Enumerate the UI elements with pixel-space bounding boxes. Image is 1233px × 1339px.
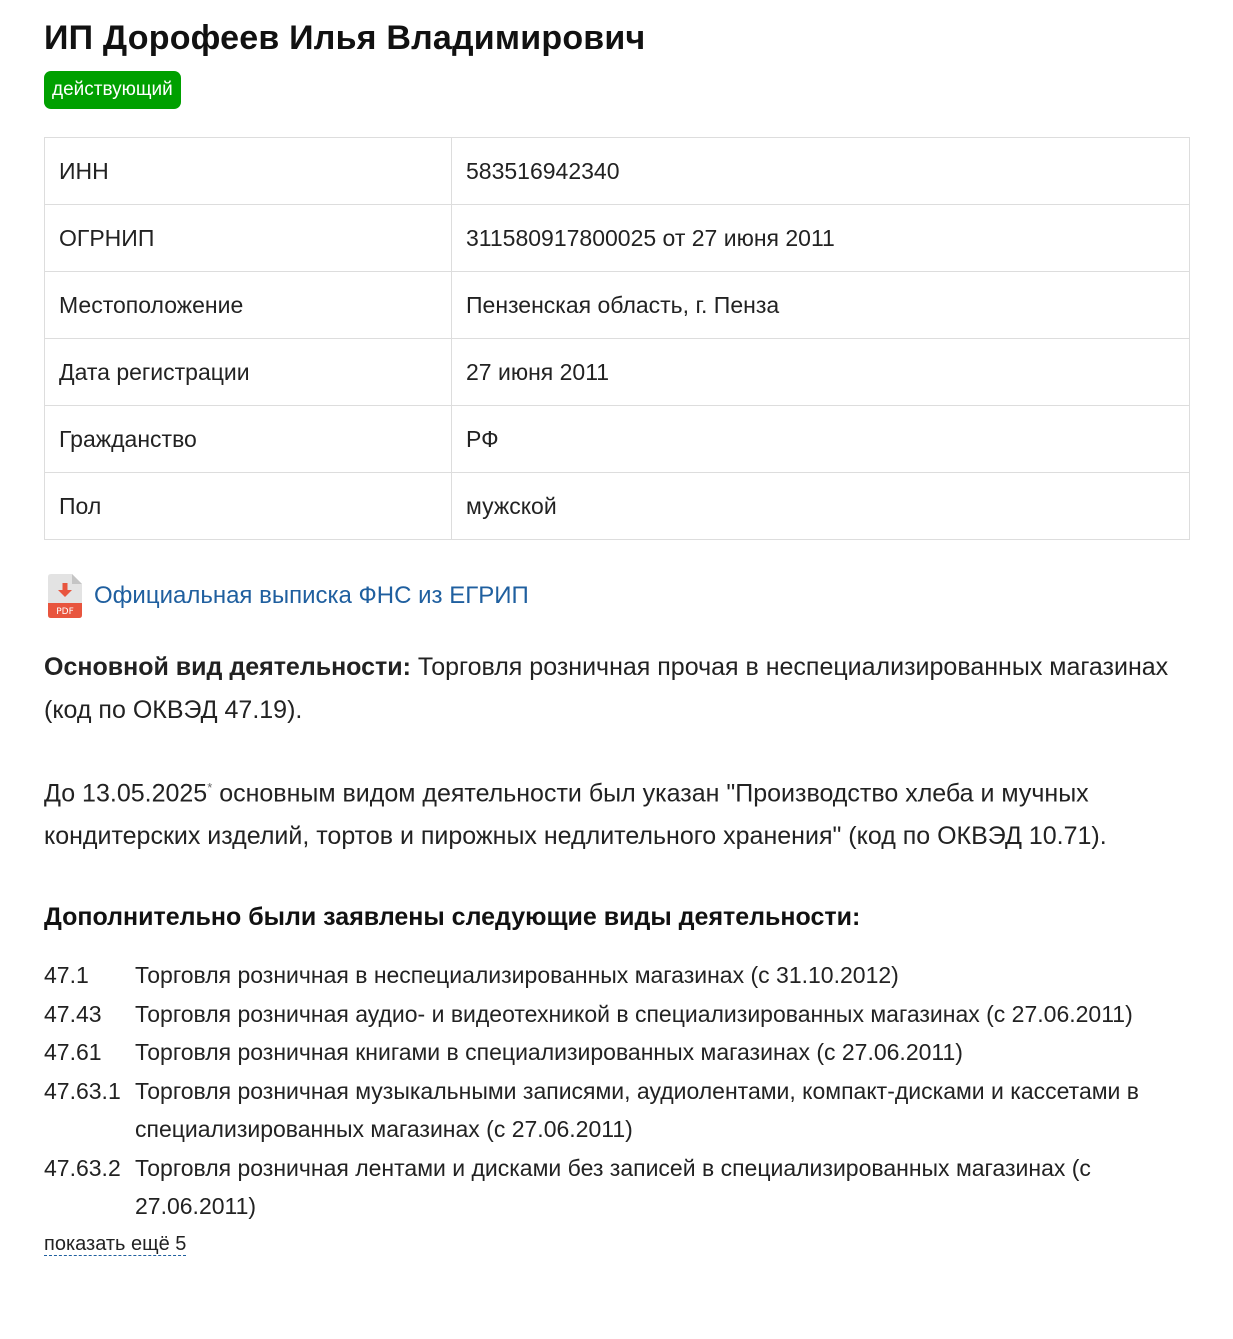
activity-item: 47.43Торговля розничная аудио- и видеоте… [44, 995, 1190, 1034]
activity-description: Торговля розничная в неспециализированны… [135, 956, 1190, 995]
svg-text:PDF: PDF [56, 607, 74, 617]
activity-code: 47.43 [44, 995, 135, 1034]
info-row: МестоположениеПензенская область, г. Пен… [45, 272, 1190, 339]
activity-code: 47.63.1 [44, 1072, 135, 1149]
page: ИП Дорофеев Илья Владимирович действующи… [0, 0, 1233, 1256]
info-value: 583516942340 [452, 138, 1190, 205]
activity-item: 47.63.1Торговля розничная музыкальными з… [44, 1072, 1190, 1149]
show-more-link[interactable]: показать ещё 5 [44, 1233, 186, 1256]
activity-description: Торговля розничная музыкальными записями… [135, 1072, 1190, 1149]
egrip-extract-link-text[interactable]: Официальная выписка ФНС из ЕГРИП [94, 582, 529, 610]
activity-code: 47.61 [44, 1033, 135, 1072]
info-value: РФ [452, 406, 1190, 473]
pdf-download-icon: PDF [48, 574, 82, 618]
activity-item: 47.1Торговля розничная в неспециализиров… [44, 956, 1190, 995]
activity-code: 47.1 [44, 956, 135, 995]
info-label: Пол [45, 473, 452, 540]
activity-description: Торговля розничная лентами и дисками без… [135, 1149, 1190, 1226]
info-value: Пензенская область, г. Пенза [452, 272, 1190, 339]
additional-activities-heading: Дополнительно были заявлены следующие ви… [44, 900, 1190, 934]
additional-activities-list: 47.1Торговля розничная в неспециализиров… [44, 956, 1190, 1226]
activity-description: Торговля розничная книгами в специализир… [135, 1033, 1190, 1072]
activity-code: 47.63.2 [44, 1149, 135, 1226]
activity-item: 47.61Торговля розничная книгами в специа… [44, 1033, 1190, 1072]
info-label: ИНН [45, 138, 452, 205]
info-label: Местоположение [45, 272, 452, 339]
info-row: ГражданствоРФ [45, 406, 1190, 473]
info-value: 27 июня 2011 [452, 339, 1190, 406]
info-row: ОГРНИП311580917800025 от 27 июня 2011 [45, 205, 1190, 272]
info-row: ИНН583516942340 [45, 138, 1190, 205]
info-value: 311580917800025 от 27 июня 2011 [452, 205, 1190, 272]
info-table: ИНН583516942340ОГРНИП311580917800025 от … [44, 137, 1190, 540]
info-value: мужской [452, 473, 1190, 540]
info-label: ОГРНИП [45, 205, 452, 272]
egrip-extract-link[interactable]: PDF Официальная выписка ФНС из ЕГРИП [44, 574, 1190, 618]
info-label: Дата регистрации [45, 339, 452, 406]
activity-item: 47.63.2Торговля розничная лентами и диск… [44, 1149, 1190, 1226]
activity-description: Торговля розничная аудио- и видеотехнико… [135, 995, 1190, 1034]
main-activity-label: Основной вид деятельности: [44, 653, 411, 681]
info-row: Дата регистрации27 июня 2011 [45, 339, 1190, 406]
info-row: Полмужской [45, 473, 1190, 540]
page-title: ИП Дорофеев Илья Владимирович [44, 0, 1190, 58]
main-activity: Основной вид деятельности: Торговля розн… [44, 646, 1190, 732]
status-badge: действующий [44, 71, 181, 109]
info-label: Гражданство [45, 406, 452, 473]
previous-activity-date: До 13.05.2025 [44, 779, 207, 807]
previous-activity: До 13.05.2025* основным видом деятельнос… [44, 766, 1190, 858]
